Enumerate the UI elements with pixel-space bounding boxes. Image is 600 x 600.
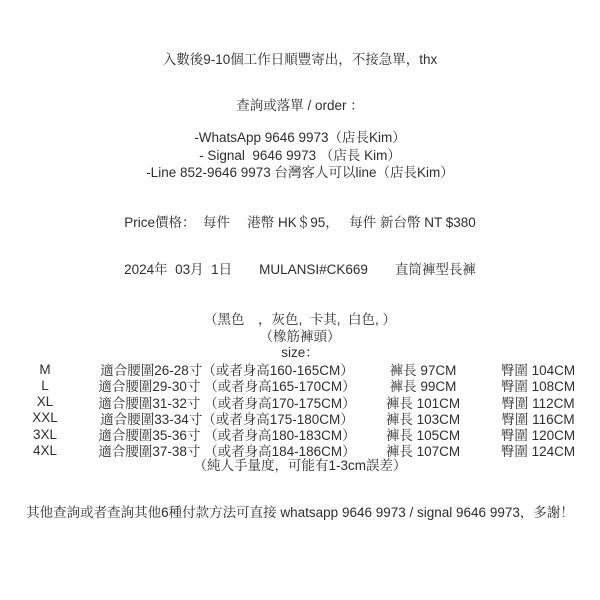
size-label: 3XL xyxy=(3,427,87,442)
size-row-m: M 適合腰圍26-28寸（或者身高160-165CM） 褲長 97CM 臀圍 1… xyxy=(0,359,600,375)
shipping-note: 入數後9-10個工作日順豐寄出，不接急單，thx xyxy=(0,52,600,68)
contact-signal: - Signal 9646 9973 （店長 Kim） xyxy=(0,148,600,164)
size-row-l: L 適合腰圍29-30寸 （或者身高165-170CM） 褲長 99CM 臀圍 … xyxy=(0,375,600,391)
product-title-line: 2024年 03月 1日 MULANSI#CK669 直筒褲型長褲 xyxy=(0,262,600,278)
size-label: XXL xyxy=(3,410,87,425)
size-row-xl: XL 適合腰圍31-32寸 （或者身高170-175CM） 褲長 101CM 臀… xyxy=(0,392,600,408)
contact-line: -Line 852-9646 9973 台灣客人可以line（店長Kim） xyxy=(0,165,600,181)
contact-whatsapp: -WhatsApp 9646 9973（店長Kim） xyxy=(0,130,600,146)
price-line: Price價格： 每件 港幣 HK＄95， 每件 新台幣 NT $380 xyxy=(0,215,600,231)
product-notice-document: 入數後9-10個工作日順豐寄出，不接急單，thx 查詢或落單 / order ：… xyxy=(0,0,600,600)
waistband-note: （橡筋褲頭） xyxy=(0,329,600,345)
size-label: 4XL xyxy=(3,443,87,458)
size-label: M xyxy=(3,362,87,377)
size-row-4xl: 4XL 適合腰圍37-38寸 （或者身高184-186CM） 褲長 107CM … xyxy=(0,440,600,456)
size-label: XL xyxy=(3,394,87,409)
size-label: L xyxy=(3,378,87,393)
order-heading: 查詢或落單 / order ： xyxy=(0,98,600,114)
size-table: M 適合腰圍26-28寸（或者身高160-165CM） 褲長 97CM 臀圍 1… xyxy=(0,359,600,457)
color-options: （黑色 ，灰色, 卡其, 白色, ） xyxy=(0,312,600,328)
footer-payment-contact-note: 其他查詢或者查詢其他6種付款方法可直接 whatsapp 9646 9973 /… xyxy=(0,505,600,521)
size-row-xxl: XXL 適合腰圍33-34寸（或者身高175-180CM） 褲長 103CM 臀… xyxy=(0,408,600,424)
size-row-3xl: 3XL 適合腰圍35-36寸 （或者身高180-183CM） 褲長 105CM … xyxy=(0,424,600,440)
measurement-tolerance-note: （純人手量度，可能有1-3cm誤差） xyxy=(0,458,600,474)
